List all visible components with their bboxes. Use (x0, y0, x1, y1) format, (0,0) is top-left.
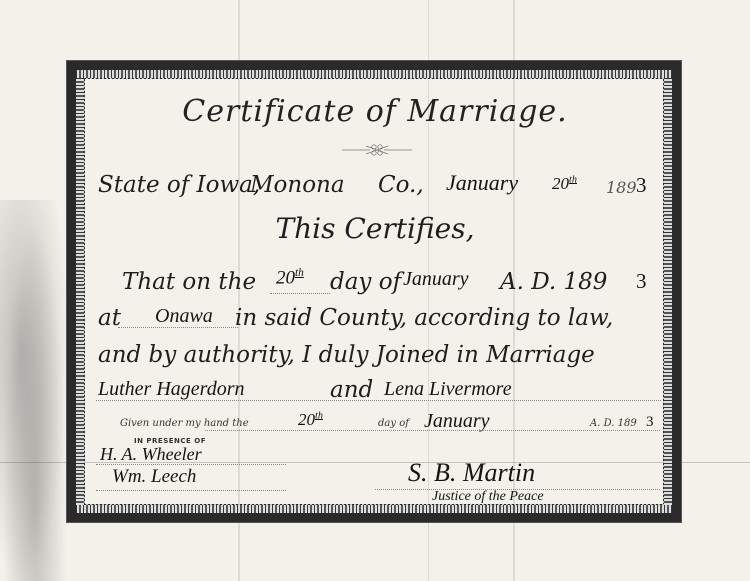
flourish-ornament-icon (340, 143, 414, 157)
county-suffix: Co., (378, 172, 424, 198)
groom-name: Luther Hagerdorn (98, 378, 244, 401)
handwritten-day: 20th (276, 267, 304, 289)
handwritten-month: January (403, 268, 469, 291)
line2-suffix: in said County, according to law, (235, 305, 613, 331)
county-name: Monona (250, 172, 345, 198)
handwritten-place: Onawa (155, 305, 213, 328)
given-year-digit: 3 (646, 414, 654, 431)
bride-name: Lena Livermore (384, 378, 512, 401)
body-line-3: and by authority, I duly Joined in Marri… (98, 342, 595, 368)
line1-prefix: That on the (122, 269, 256, 295)
year-digit: 3 (636, 269, 647, 294)
witness-name: Wm. Leech (112, 466, 196, 488)
this-certifies-heading: This Certifies, (0, 212, 750, 245)
year-digit: 3 (636, 173, 647, 198)
given-day-of: day of (378, 418, 409, 429)
certificate-title: Certificate of Marriage. (0, 94, 750, 129)
handwritten-month: January (446, 170, 518, 196)
witness-name: H. A. Wheeler (100, 444, 202, 465)
ad-label: A. D. 189 (500, 269, 607, 295)
officiant-title: Justice of the Peace (432, 489, 544, 505)
officiant-name: S. B. Martin (408, 458, 535, 488)
handwritten-day: 20th (552, 174, 577, 194)
given-day: 20th (298, 410, 323, 430)
year-prefix: 189 (606, 178, 637, 197)
line1-mid: day of (330, 269, 401, 295)
scan-smudge (0, 200, 70, 581)
given-ad: A. D. 189 (590, 418, 637, 429)
state-prefix: State of Iowa, (98, 172, 260, 198)
given-label: Given under my hand the (120, 418, 249, 429)
